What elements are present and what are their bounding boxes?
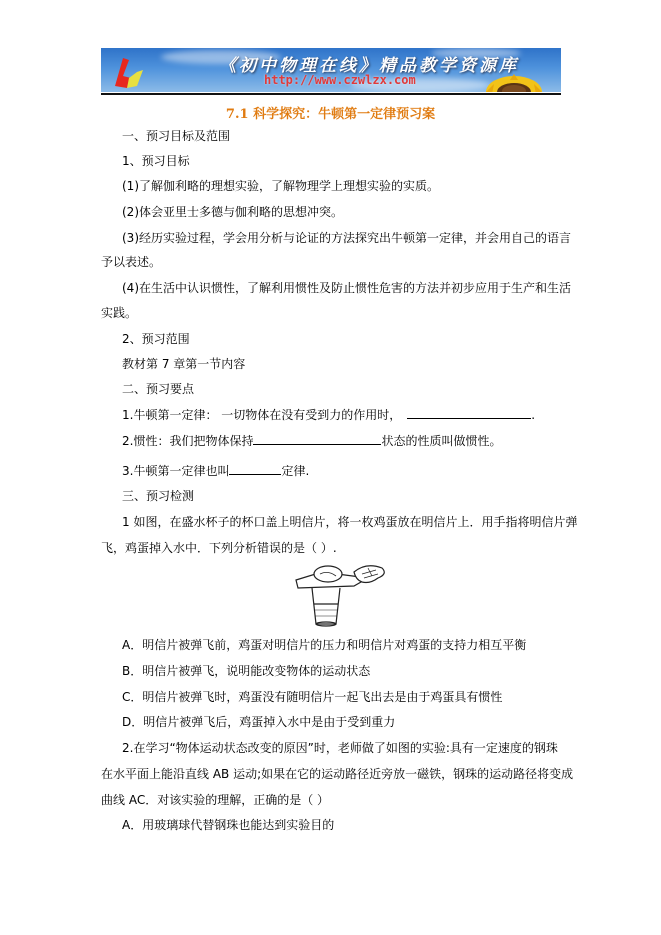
question-text: 1 如图，在盛水杯子的杯口盖上明信片，将一枚鸡蛋放在明信片上．用手指将明信片弹 <box>122 514 577 530</box>
point-text: 1.牛顿第一定律： 一切物体在没有受到力的作用时， <box>122 408 401 422</box>
question-text-continued: 曲线 AC．对该实验的理解，正确的是（ ） <box>101 792 329 808</box>
answer-option: D．明信片被弹飞后，鸡蛋掉入水中是由于受到重力 <box>122 714 395 730</box>
answer-option: B．明信片被弹飞，说明能改变物体的运动状态 <box>122 663 370 679</box>
point-item: 1.牛顿第一定律： 一切物体在没有受到力的作用时，. <box>122 406 535 423</box>
section-heading: 二、预习要点 <box>122 381 194 397</box>
goal-item: (1)了解伽利略的理想实验，了解物理学上理想实验的实质。 <box>122 178 439 194</box>
sunflower-icon <box>484 70 544 92</box>
answer-option: C．明信片被弹飞时，鸡蛋没有随明信片一起飞出去是由于鸡蛋具有惯性 <box>122 689 502 705</box>
subsection-heading: 1、预习目标 <box>122 153 190 169</box>
point-text: 3.牛顿第一定律也叫 <box>122 464 229 478</box>
site-logo-icon <box>109 56 149 90</box>
point-suffix: . <box>531 408 535 422</box>
fill-in-blank[interactable] <box>253 432 381 445</box>
fill-in-blank[interactable] <box>407 406 531 419</box>
point-item: 3.牛顿第一定律也叫定律. <box>122 462 309 479</box>
answer-option: A．用玻璃球代替钢珠也能达到实验目的 <box>122 817 334 833</box>
goal-item-continued: 实践。 <box>101 305 137 321</box>
point-suffix: 状态的性质叫做惯性。 <box>381 434 501 448</box>
point-item: 2.惯性：我们把物体保持状态的性质叫做惯性。 <box>122 432 501 449</box>
section-heading: 一、预习目标及范围 <box>122 128 230 144</box>
subsection-heading: 2、预习范围 <box>122 331 190 347</box>
goal-item: (2)体会亚里士多德与伽利略的思想冲突。 <box>122 204 343 220</box>
question-text-continued: 在水平面上能沿直线 AB 运动;如果在它的运动路径近旁放一磁铁，钢珠的运动路径将… <box>101 766 573 782</box>
banner-divider <box>101 93 561 95</box>
banner-url: http://www.czwlzx.com <box>264 73 416 87</box>
scope-text: 教材第 7 章第一节内容 <box>122 356 245 372</box>
section-heading: 三、预习检测 <box>122 488 194 504</box>
goal-item-continued: 予以表述。 <box>101 254 161 270</box>
answer-option: A．明信片被弹飞前，鸡蛋对明信片的压力和明信片对鸡蛋的支持力相互平衡 <box>122 637 526 653</box>
document-title: 7.1 科学探究：牛顿第一定律预习案 <box>0 103 661 122</box>
goal-item: (3)经历实验过程，学会用分析与论证的方法探究出牛顿第一定律，并会用自己的语言 <box>122 230 571 246</box>
goal-item: (4)在生活中认识惯性，了解利用惯性及防止惯性危害的方法并初步应用于生产和生活 <box>122 280 571 296</box>
question-text-continued: 飞，鸡蛋掉入水中．下列分析错误的是（ ）. <box>101 540 337 556</box>
fill-in-blank[interactable] <box>229 462 281 475</box>
question-text: 2.在学习“物体运动状态改变的原因”时，老师做了如图的实验:具有一定速度的钢珠 <box>122 740 558 756</box>
point-text: 2.惯性：我们把物体保持 <box>122 434 253 448</box>
header-banner: 《初中物理在线》精品教学资源库 http://www.czwlzx.com <box>101 48 561 92</box>
point-suffix: 定律. <box>281 464 309 478</box>
egg-card-glass-illustration <box>292 560 392 628</box>
